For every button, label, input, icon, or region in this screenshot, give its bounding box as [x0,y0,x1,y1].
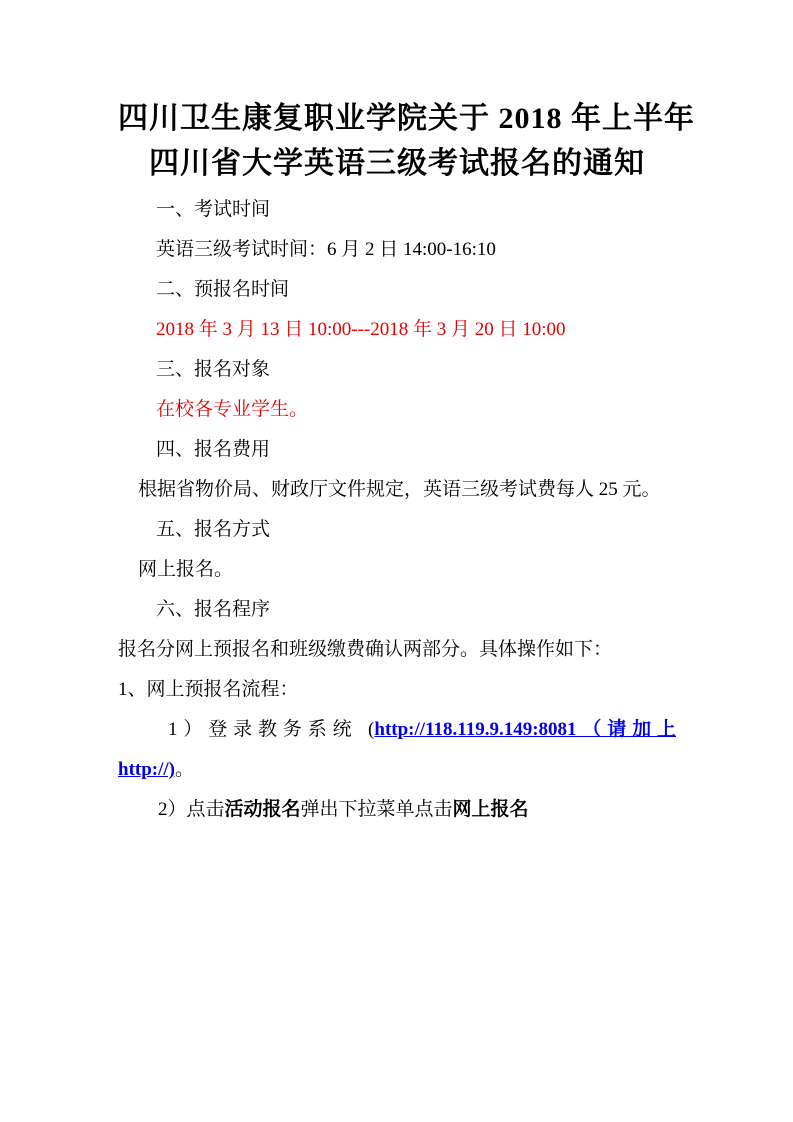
section-3-heading: 三、报名对象 [118,350,676,390]
step-1-suffix: 。 [175,759,194,780]
section-1-heading: 一、考试时间 [118,190,676,230]
document-content: 四川卫生康复职业学院关于 2018 年上半年 四川省大学英语三级考试报名的通知 … [118,96,676,830]
step-2-part1: 2）点击 [158,799,225,820]
step-2-part2: 弹出下拉菜单点击 [301,799,453,820]
preregistration-period-text: 2018 年 3 月 13 日 10:00---2018 年 3 月 20 日 … [118,310,676,350]
registration-url-link[interactable]: http://118.119.9.149:8081（请加上 [374,719,676,740]
section-4-heading: 四、报名费用 [118,430,676,470]
notice-title-line-2: 四川省大学英语三级考试报名的通知 [118,141,676,186]
registration-url-link-continuation[interactable]: http://) [118,759,175,780]
section-6-heading: 六、报名程序 [118,590,676,630]
registration-fee-text: 根据省物价局、财政厅文件规定，英语三级考试费每人 25 元。 [118,470,676,510]
registration-method-text: 网上报名。 [118,550,676,590]
online-preregistration-step-label: 1、网上预报名流程： [118,670,676,710]
link-continuation-line: http://)。 [118,750,676,790]
exam-time-text: 英语三级考试时间：6 月 2 日 14:00-16:10 [118,230,676,270]
step-1-line: 1）登录教务系统 (http://118.119.9.149:8081（请加上 [118,710,676,750]
registration-target-text: 在校各专业学生。 [118,390,676,430]
section-2-heading: 二、预报名时间 [118,270,676,310]
step-2-line: 2）点击活动报名弹出下拉菜单点击网上报名 [118,790,676,830]
notice-title-line-1: 四川卫生康复职业学院关于 2018 年上半年 [118,96,676,141]
procedure-intro-text: 报名分网上预报名和班级缴费确认两部分。具体操作如下： [118,630,676,670]
section-5-heading: 五、报名方式 [118,510,676,550]
activity-registration-bold-text: 活动报名 [225,799,301,820]
document-page: 四川卫生康复职业学院关于 2018 年上半年 四川省大学英语三级考试报名的通知 … [0,0,793,1122]
notice-title: 四川卫生康复职业学院关于 2018 年上半年 四川省大学英语三级考试报名的通知 [118,96,676,186]
step-1-prefix: 1）登录教务系统 ( [168,719,374,740]
online-registration-bold-text: 网上报名 [453,799,529,820]
